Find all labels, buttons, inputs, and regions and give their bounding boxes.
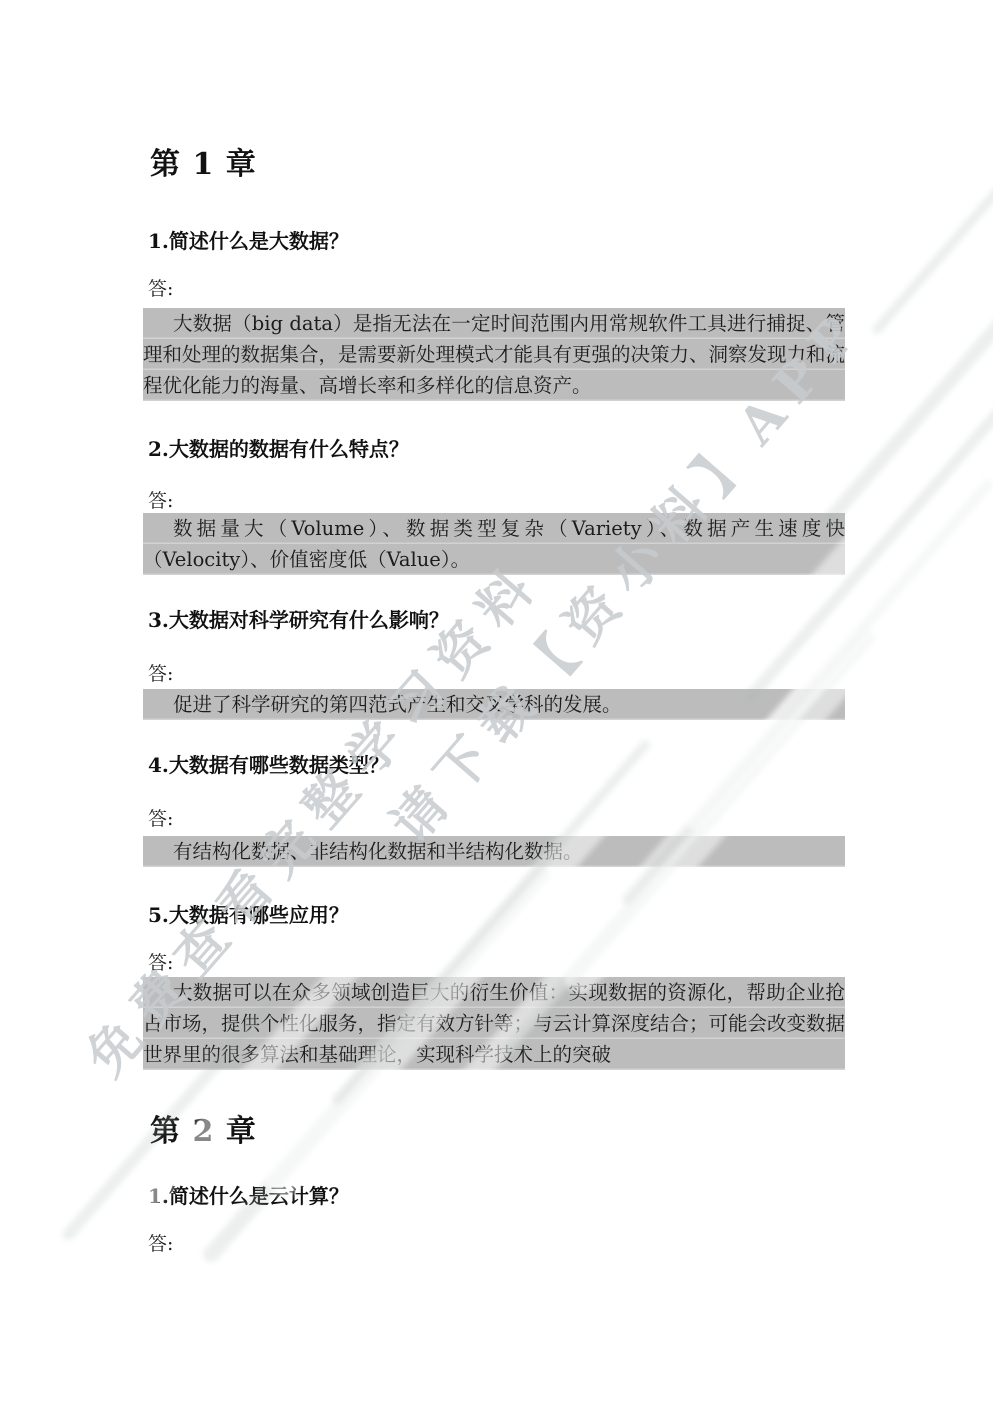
chapter-1-heading: 第 1 章 [150,146,257,184]
answer-1-highlight: 大数据（big data）是指无法在一定时间范围内用常规软件工具进行捕捉、管理和… [143,308,845,401]
chapter-2-question-1: 1.简述什么是云计算？ [148,1183,848,1209]
question-1: 1.简述什么是大数据？ [148,228,848,254]
answer-label-5: 答: [148,951,173,975]
question-5: 5.大数据有哪些应用？ [148,902,848,928]
answer-label-3: 答: [148,662,173,686]
document-page: 第 1 章 1.简述什么是大数据？ 答: 大数据（big data）是指无法在一… [0,0,993,1404]
watermark-streak [870,149,993,337]
watermark-streak [850,204,993,444]
watermark-streak [820,248,993,529]
chapter-2-heading: 第 2 章 [150,1113,257,1151]
answer-label-1: 答: [148,277,173,301]
answer-4-highlight: 有结构化数据、非结构化数据和半结构化数据。 [143,836,845,867]
answer-3-highlight: 促进了科学研究的第四范式产生和交叉学科的发展。 [143,689,845,720]
answer-label-4: 答: [148,807,173,831]
answer-5-highlight: 大数据可以在众多领域创造巨大的衍生价值：实现数据的资源化，帮助企业抢占市场，提供… [143,977,845,1070]
question-2: 2.大数据的数据有什么特点？ [148,436,848,462]
question-4: 4.大数据有哪些数据类型？ [148,752,848,778]
answer-2-highlight: 数据量大（Volume）、数据类型复杂（Variety）、数据产生速度快（Vel… [143,513,845,575]
answer-label-2: 答: [148,489,173,513]
question-3: 3.大数据对科学研究有什么影响？ [148,607,848,633]
chapter-2-answer-label-1: 答: [148,1232,173,1256]
